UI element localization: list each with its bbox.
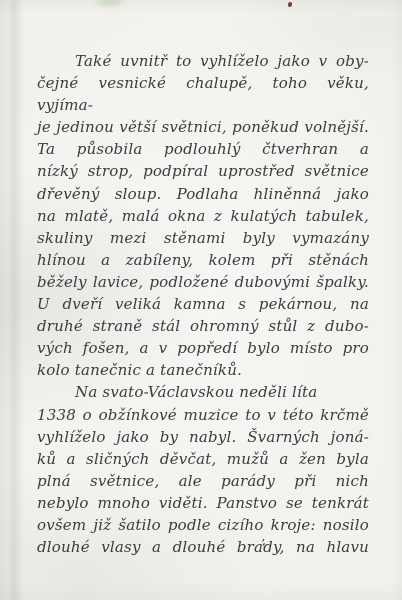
text-line: běžely lavice, podložené dubovými špalky… [37, 271, 369, 293]
text-line: U dveří veliká kamna s pekárnou, na [37, 293, 369, 315]
paragraph-2: Na svato-Václavskou neděli líta 1338 o o… [37, 381, 369, 558]
text-line: kolo tanečnic a tanečníků. [37, 359, 369, 381]
text-line: druhé straně stál ohromný stůl z dubo- [37, 315, 369, 337]
ink-fleck [288, 2, 292, 7]
text-line: Ta působila podlouhlý čtverhran a [37, 138, 369, 160]
text-line: vých fošen, a v popředí bylo místo pro [37, 337, 369, 359]
text-line: hlínou a zabíleny, kolem při stěnách [37, 249, 369, 271]
text-line: skuliny mezi stěnami byly vymazány [37, 227, 369, 249]
text-line: Na svato-Václavskou neděli líta [37, 381, 369, 403]
text-line: ovšem již šatilo podle cizího kroje: nos… [37, 514, 369, 536]
top-edge-smudge [96, 0, 122, 6]
paragraph-1: Také uvnitř to vyhlíželo jako v oby- čej… [37, 50, 369, 381]
text-line: dlouhé vlasy a dlouhé brady, na hlavu [37, 536, 369, 558]
page-crease-shadow [8, 0, 22, 600]
text-line: 1338 o obžínkové muzice to v této krčmě [37, 404, 369, 426]
text-line: Také uvnitř to vyhlíželo jako v oby- [37, 50, 369, 72]
text-line: ků a sličných děvčat, mužů a žen byla [37, 448, 369, 470]
text-line: vyhlíželo jako by nabyl. Švarných joná- [37, 426, 369, 448]
text-line: dřevěný sloup. Podlaha hliněnná jako [37, 183, 369, 205]
text-line: na mlatě, malá okna z kulatých tabulek, [37, 205, 369, 227]
text-line: plná světnice, ale parády při nich [37, 470, 369, 492]
text-line: je jedinou větší světnici, poněkud volně… [37, 116, 369, 138]
scanned-book-page: Také uvnitř to vyhlíželo jako v oby- čej… [0, 0, 402, 600]
handwritten-text-block: Také uvnitř to vyhlíželo jako v oby- čej… [37, 50, 369, 558]
text-line: čejné vesnické chalupě, toho věku, vyjím… [37, 72, 369, 116]
text-line: nebylo mnoho viděti. Panstvo se tenkrát [37, 492, 369, 514]
text-line: nízký strop, podpíral uprostřed světnice [37, 160, 369, 182]
